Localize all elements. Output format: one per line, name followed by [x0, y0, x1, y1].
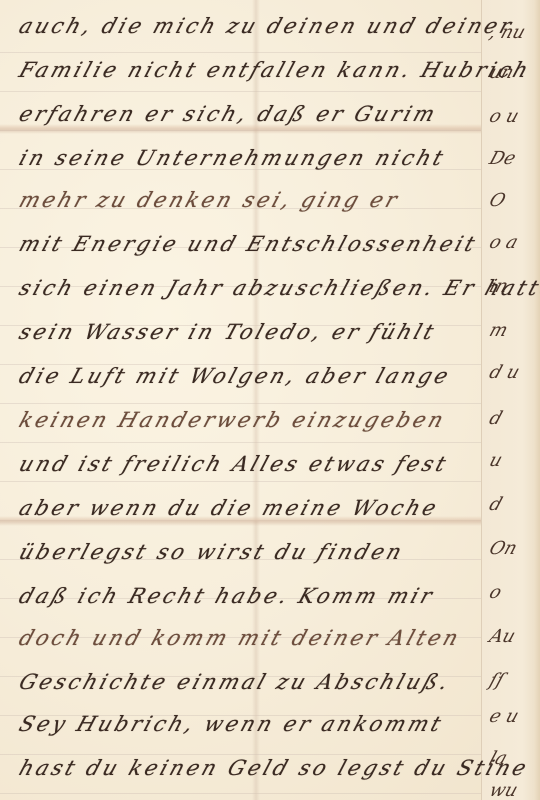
adjacent-page-fragment: On [487, 538, 520, 559]
handwritten-line: überlegst so wirst du finden [16, 540, 407, 564]
adjacent-page-edge: , nuuno uDeOo ainmd ududOnoAuſſe ulawu [481, 0, 540, 800]
handwritten-line: in seine Unternehmungen nicht [16, 146, 449, 170]
handwritten-line: und ist freilich Alles etwas fest [16, 452, 452, 476]
adjacent-page-fragment: m [487, 320, 511, 341]
handwritten-line: keinen Handerwerb einzugeben [16, 408, 449, 432]
page-edge-shadow [534, 0, 540, 800]
handwritten-line: hast du keinen Geld so legst du Stine [16, 756, 532, 780]
adjacent-page-fragment: o a [487, 232, 521, 253]
adjacent-page-fragment: ſſ [487, 670, 507, 691]
handwritten-line: Sey Hubrich, wenn er ankommt [16, 712, 447, 736]
adjacent-page-fragment: u [487, 450, 505, 471]
handwritten-line: sich einen Jahr abzuschließen. Er hatte [16, 276, 540, 300]
handwritten-line: Familie nicht entfallen kann. Hubrich [16, 58, 534, 82]
adjacent-page-fragment: d u [487, 362, 523, 383]
adjacent-page-fragment: wu [487, 780, 521, 800]
handwritten-line: auch, die mich zu deinen und deiner [16, 14, 517, 38]
adjacent-page-fragment: Au [487, 626, 518, 647]
handwritten-line: mit Energie und Entschlossenheit [16, 232, 481, 256]
adjacent-page-fragment: De [487, 148, 519, 169]
adjacent-page-fragment: o [487, 582, 505, 603]
handwritten-line: die Luft mit Wolgen, aber lange [16, 364, 454, 388]
handwritten-line: Geschichte einmal zu Abschluß. [16, 670, 454, 694]
adjacent-page-fragment: O [487, 190, 509, 211]
handwritten-line: doch und komm mit deiner Alten [16, 626, 464, 650]
adjacent-page-fragment: d [487, 408, 505, 429]
handwritten-line: sein Wasser in Toledo, er fühlt [16, 320, 440, 344]
handwritten-line: aber wenn du die meine Woche [16, 496, 442, 520]
adjacent-page-fragment: d [487, 494, 505, 515]
handwritten-line: mehr zu denken sei, ging er [16, 188, 403, 212]
adjacent-page-fragment: o u [487, 106, 522, 127]
handwritten-line: daß ich Recht habe. Komm mir [16, 584, 438, 608]
handwritten-line: erfahren er sich, daß er Gurim [16, 102, 441, 126]
adjacent-page-fragment: e u [487, 706, 522, 727]
letter-page: , nuuno uDeOo ainmd ududOnoAuſſe ulawu a… [0, 0, 540, 800]
